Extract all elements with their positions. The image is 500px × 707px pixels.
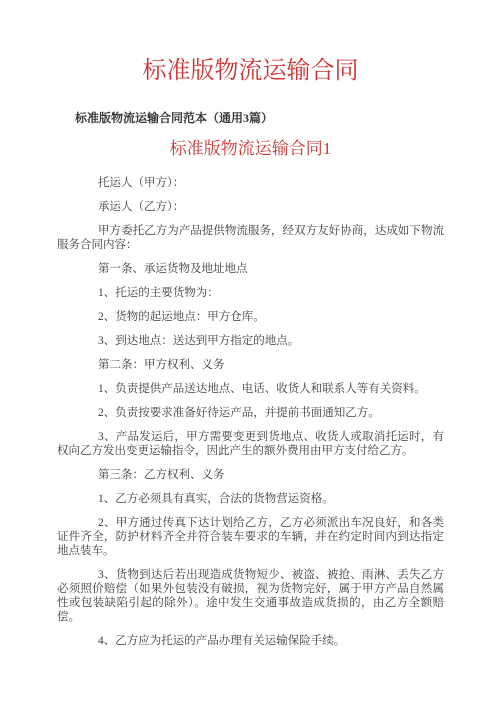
clause-1-item-3: 3、到达地点：送达到甲方指定的地点。 [57, 334, 444, 348]
document-title: 标准版物流运输合同 [57, 57, 444, 85]
clause-1-heading: 第一条、承运货物及地址地点 [57, 262, 444, 276]
paragraph-carrier-line: 承运人（乙方）： [57, 200, 444, 214]
clause-2-item-3: 3、产品发运后，甲方需要变更到货地点、收货人或取消托运时，有权向乙方发出变更运输… [57, 430, 444, 458]
clause-3-heading: 第三条：乙方权利、义务 [57, 468, 444, 482]
clause-2-heading: 第二条：甲方权利、义务 [57, 358, 444, 372]
clause-1-item-1: 1、托运的主要货物为： [57, 286, 444, 300]
document-page: 标准版物流运输合同 标准版物流运输合同范本（通用3篇） 标准版物流运输合同1 托… [0, 0, 500, 707]
section-title: 标准版物流运输合同1 [57, 139, 444, 158]
clause-1-item-2: 2、货物的起运地点：甲方仓库。 [57, 310, 444, 324]
clause-3-item-4: 4、乙方应为托运的产品办理有关运输保险手续。 [57, 634, 444, 648]
document-subtitle: 标准版物流运输合同范本（通用3篇） [75, 111, 444, 126]
clause-3-item-2: 2、甲方通过传真下达计划给乙方，乙方必须派出车况良好，和各类证件齐全，防护材料齐… [57, 516, 444, 558]
clause-2-item-2: 2、负责按要求准备好待运产品，并提前书面通知乙方。 [57, 406, 444, 420]
paragraph-shipper-line: 托运人（甲方）： [57, 176, 444, 190]
clause-3-item-1: 1、乙方必须具有真实，合法的货物营运资格。 [57, 492, 444, 506]
clause-2-item-1: 1、负责提供产品送达地点、电话、收货人和联系人等有关资料。 [57, 382, 444, 396]
clause-3-item-3: 3、货物到达后若出现造成货物短少、被盗、被抢、雨淋、丢失乙方必须照价赔偿（如果外… [57, 568, 444, 624]
document-body: 托运人（甲方）： 承运人（乙方）： 甲方委托乙方为产品提供物流服务，经双方友好协… [57, 176, 444, 648]
paragraph-intro: 甲方委托乙方为产品提供物流服务，经双方友好协商，达成如下物流服务合同内容： [57, 224, 444, 252]
